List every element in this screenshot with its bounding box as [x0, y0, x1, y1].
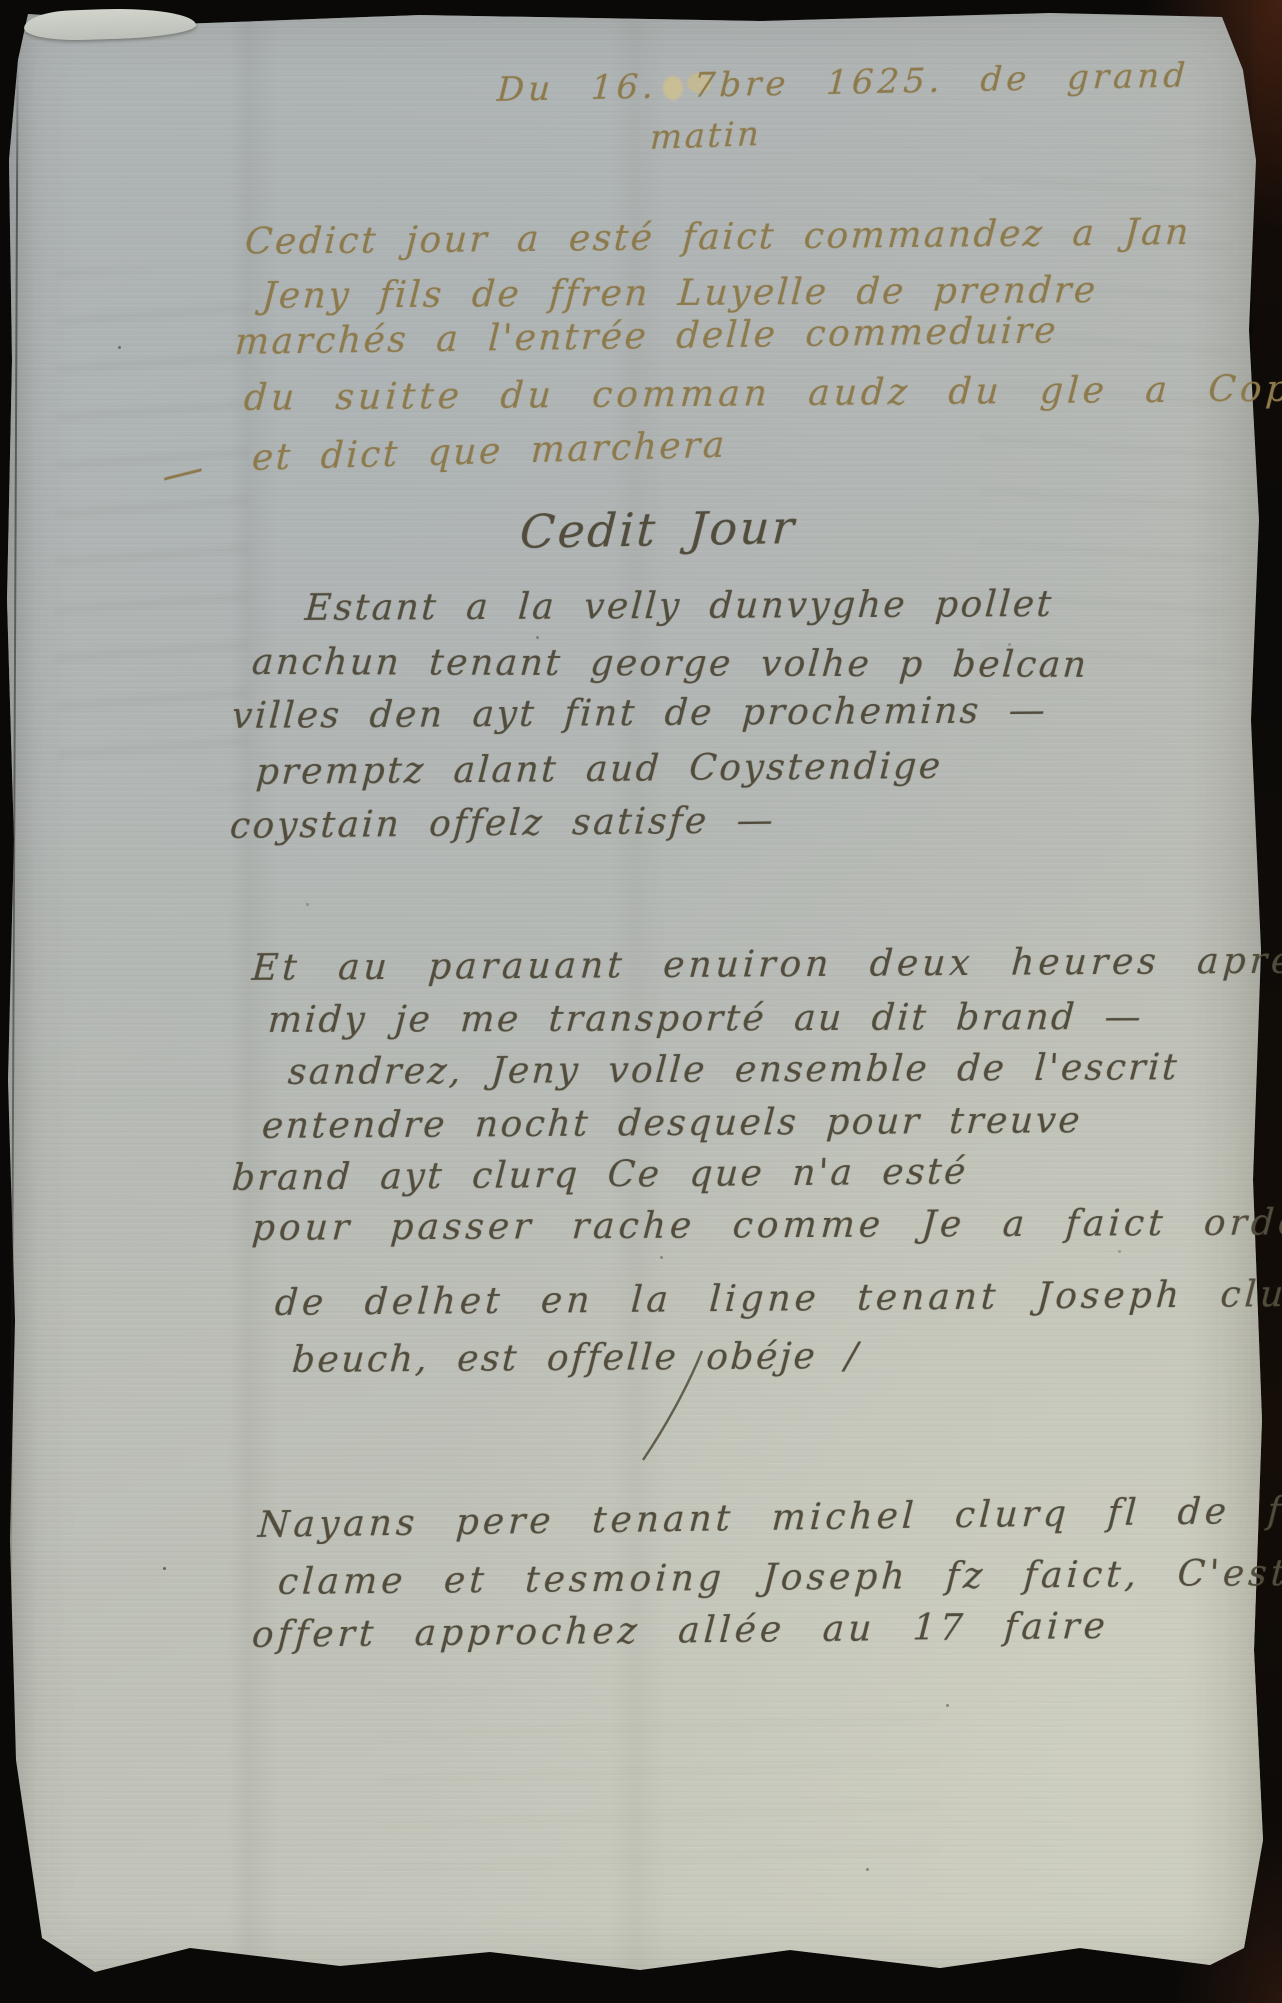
manuscript-line: de delhet en la ligne tenant Joseph clur…	[274, 1274, 1282, 1324]
day-heading: Cedit Jour	[519, 500, 798, 559]
manuscript-line: pour passer rache comme Je a faict ordon…	[251, 1202, 1282, 1249]
pen-flourish-slash	[638, 1348, 708, 1463]
manuscript-line: Estant a la velly dunvyghe pollet	[304, 584, 1055, 629]
manuscript-line: Jeny fils de ffren Luyelle de prendre	[261, 270, 1099, 317]
manuscript-line: beuch, est offelle obéje /	[291, 1336, 862, 1381]
manuscript-line: midy je me transporté au dit brand —	[267, 997, 1145, 1041]
manuscript-line: Et au parauant enuiron deux heures aprés	[251, 941, 1282, 989]
margin-mark: —	[158, 442, 210, 501]
manuscript-line: villes den ayt fint de prochemins —	[231, 690, 1049, 737]
manuscript-line: sandrez, Jeny volle ensemble de l'escrit	[287, 1047, 1181, 1093]
manuscript-line: clame et tesmoing Joseph fz faict, C'est	[277, 1553, 1282, 1603]
manuscript-line: brand ayt clurq Ce que n'a esté	[231, 1152, 969, 1199]
manuscript-line: anchun tenant george volhe p belcan	[250, 642, 1089, 686]
manuscript-line: entendre nocht desquels pour treuve	[261, 1100, 1084, 1147]
paper-specks	[0, 0, 3, 3]
manuscript-line: coystain offelz satisfe —	[229, 800, 777, 847]
header-time-line: matin	[649, 114, 762, 158]
manuscript-line: premptz alant aud Coystendige	[255, 746, 944, 793]
manuscript-scan: Du 16. 7bre 1625. de grand matin Cedict …	[0, 0, 1282, 2003]
